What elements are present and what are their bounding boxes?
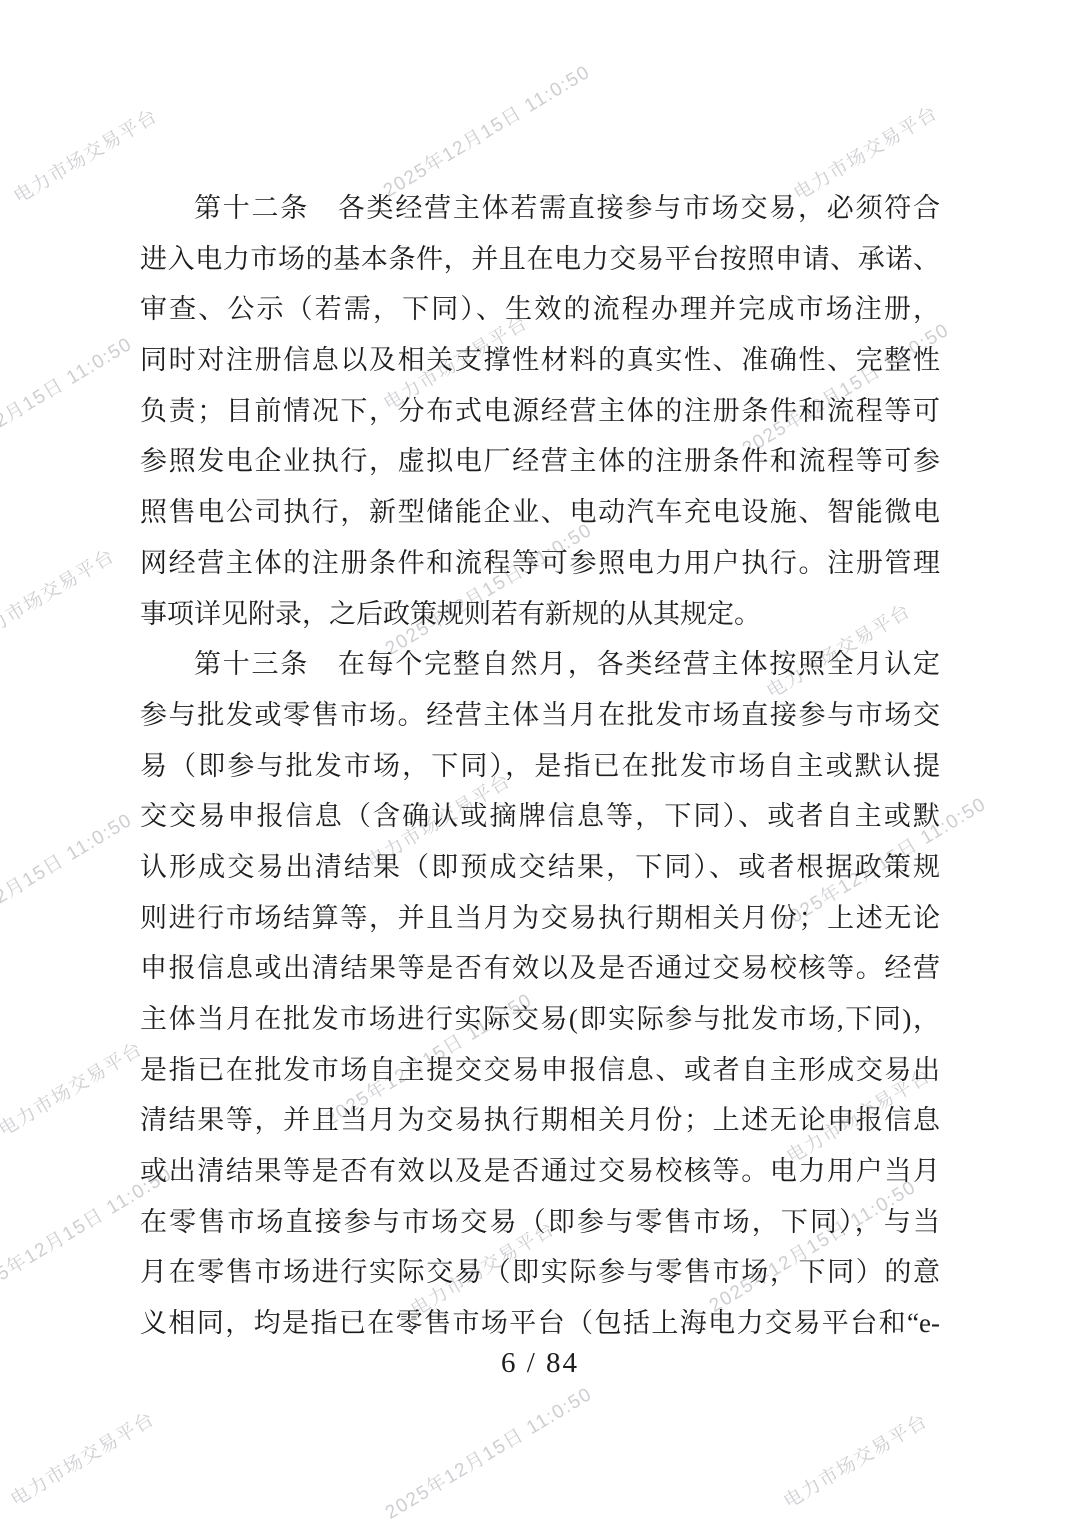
text-line: 在零售市场直接参与市场交易（即参与零售市场，下同），与当: [140, 1197, 940, 1248]
text-line: 照售电公司执行，新型储能企业、电动汽车充电设施、智能微电: [140, 487, 940, 538]
watermark-text-platform: 电力市场交易平台: [5, 1404, 159, 1512]
text-line: 参照发电企业执行，虚拟电厂经营主体的注册条件和流程等可参: [140, 436, 940, 487]
watermark-text-platform: 电力市场交易平台: [0, 541, 119, 649]
text-line: 月在零售市场进行实际交易（即实际参与零售市场，下同）的意: [140, 1247, 940, 1298]
page-number: 6 / 84: [0, 1347, 1080, 1380]
text-line: 申报信息或出清结果等是否有效以及是否通过交易校核等。经营: [140, 943, 940, 994]
text-line: 事项详见附录，之后政策规则若有新规的从其规定。: [140, 589, 940, 640]
text-line: 或出清结果等是否有效以及是否通过交易校核等。电力用户当月: [140, 1146, 940, 1197]
watermark-text-platform: 电力市场交易平台: [778, 1406, 932, 1514]
text-line: 清结果等，并且当月为交易执行期相关月份；上述无论申报信息: [140, 1095, 940, 1146]
watermark-text-datetime: 2025年12月15日 11:0:50: [379, 1379, 596, 1524]
document-body: 第十二条 各类经营主体若需直接参与市场交易，必须符合进入电力市场的基本条件，并且…: [140, 183, 940, 1349]
paragraph-article-13: 第十三条 在每个完整自然月，各类经营主体按照全月认定参与批发或零售市场。经营主体…: [140, 639, 940, 1349]
text-line: 审查、公示（若需，下同）、生效的流程办理并完成市场注册，: [140, 284, 940, 335]
text-line: 认形成交易出清结果（即预成交结果，下同）、或者根据政策规: [140, 842, 940, 893]
paragraph-article-12: 第十二条 各类经营主体若需直接参与市场交易，必须符合进入电力市场的基本条件，并且…: [140, 183, 940, 639]
watermark-text-datetime: 2025年12月15日 11:0:50: [0, 805, 137, 950]
scanned-document-page: 电力市场交易平台2025年12月15日 11:0:50电力市场交易平台2025年…: [0, 0, 1080, 1527]
text-line: 是指已在批发市场自主提交交易申报信息、或者自主形成交易出: [140, 1045, 940, 1096]
text-line: 易（即参与批发市场，下同），是指已在批发市场自主或默认提: [140, 741, 940, 792]
text-line: 义相同，均是指已在零售市场平台（包括上海电力交易平台和“e-: [140, 1298, 940, 1349]
watermark-text-platform: 电力市场交易平台: [0, 1034, 147, 1142]
text-line: 主体当月在批发市场进行实际交易(即实际参与批发市场,下同)，: [140, 994, 940, 1045]
text-line: 第十二条 各类经营主体若需直接参与市场交易，必须符合: [140, 183, 940, 234]
text-line: 参与批发或零售市场。经营主体当月在批发市场直接参与市场交: [140, 690, 940, 741]
text-line: 进入电力市场的基本条件，并且在电力交易平台按照申请、承诺、: [140, 234, 940, 285]
text-line: 交交易申报信息（含确认或摘牌信息等，下同）、或者自主或默: [140, 791, 940, 842]
text-line: 网经营主体的注册条件和流程等可参照电力用户执行。注册管理: [140, 538, 940, 589]
text-line: 第十三条 在每个完整自然月，各类经营主体按照全月认定: [140, 639, 940, 690]
text-line: 负责；目前情况下，分布式电源经营主体的注册条件和流程等可: [140, 386, 940, 437]
text-line: 同时对注册信息以及相关支撑性材料的真实性、准确性、完整性: [140, 335, 940, 386]
watermark-text-datetime: 2025年12月15日 11:0:50: [377, 57, 594, 202]
watermark-text-datetime: 2025年12月15日 11:0:50: [0, 329, 137, 474]
text-line: 则进行市场结算等，并且当月为交易执行期相关月份；上述无论: [140, 893, 940, 944]
